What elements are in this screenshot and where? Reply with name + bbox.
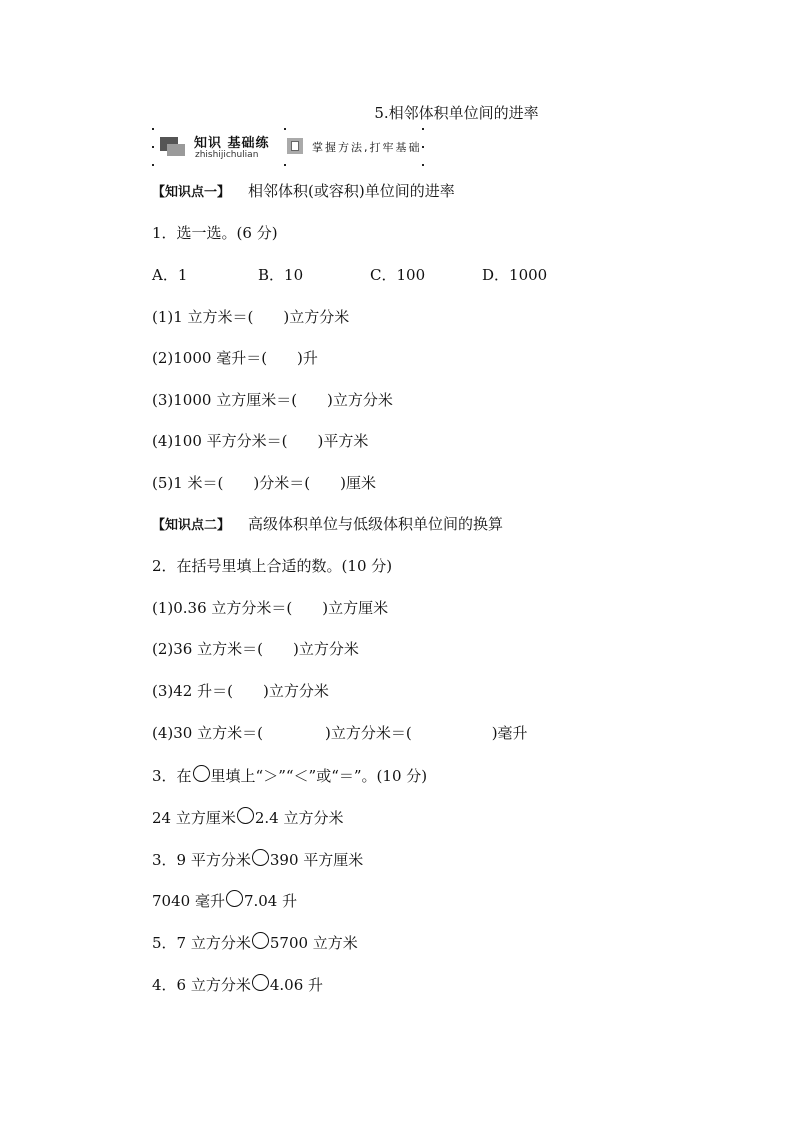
q2-item: (2)36 立方米＝()立方分米 xyxy=(152,638,359,659)
compare-item: 4．6 立方分米4.06 升 xyxy=(152,974,323,995)
section-banner: 知识 基础练 zhishijichulian 掌握方法,打牢基础 xyxy=(152,128,424,166)
compare-circle[interactable] xyxy=(252,932,269,949)
q2-item: (4)30 立方米＝()立方分米＝()毫升 xyxy=(152,722,528,743)
knowledge-heading: 相邻体积(或容积)单位间的进率 xyxy=(248,182,455,200)
knowledge-tag: 【知识点二】 xyxy=(152,518,230,533)
compare-item: 24 立方厘米2.4 立方分米 xyxy=(152,807,343,828)
q1-item: (5)1 米＝()分米＝()厘米 xyxy=(152,472,376,493)
question-2: 2．在括号里填上合适的数。(10 分) xyxy=(152,555,392,576)
options-row: A．1B．10C．100D．1000 xyxy=(152,264,588,285)
knowledge-point-1: 【知识点一】相邻体积(或容积)单位间的进率 xyxy=(152,180,455,201)
compare-circle[interactable] xyxy=(252,849,269,866)
question-1: 1．选一选。(6 分) xyxy=(152,222,278,243)
page-title: 5.相邻体积单位间的进率 xyxy=(0,102,793,123)
knowledge-heading: 高级体积单位与低级体积单位间的换算 xyxy=(248,515,503,533)
q1-item: (1)1 立方米＝()立方分米 xyxy=(152,306,349,327)
option-c: C．100 xyxy=(370,264,482,285)
compare-circle[interactable] xyxy=(237,807,254,824)
compare-circle[interactable] xyxy=(252,974,269,991)
q1-item: (2)1000 毫升＝()升 xyxy=(152,347,318,368)
q1-item: (4)100 平方分米＝()平方米 xyxy=(152,430,368,451)
option-d: D．1000 xyxy=(482,264,588,285)
compare-item: 5．7 立方分米5700 立方米 xyxy=(152,932,358,953)
banner-logo-shadow-icon xyxy=(167,144,185,156)
compare-item: 7040 毫升7.04 升 xyxy=(152,890,297,911)
q1-item: (3)1000 立方厘米＝()立方分米 xyxy=(152,389,393,410)
q2-item: (1)0.36 立方分米＝()立方厘米 xyxy=(152,597,388,618)
banner-pinyin: zhishijichulian xyxy=(195,150,258,160)
circle-icon xyxy=(193,765,210,782)
option-a: A．1 xyxy=(152,264,258,285)
knowledge-tag: 【知识点一】 xyxy=(152,185,230,200)
option-b: B．10 xyxy=(258,264,370,285)
compare-circle[interactable] xyxy=(226,890,243,907)
q2-item: (3)42 升＝()立方分米 xyxy=(152,680,329,701)
banner-square-icon xyxy=(287,138,303,154)
knowledge-point-2: 【知识点二】高级体积单位与低级体积单位间的换算 xyxy=(152,513,503,534)
banner-subtitle: 掌握方法,打牢基础 xyxy=(312,139,422,155)
question-3: 3．在里填上“＞”“＜”或“＝”。(10 分) xyxy=(152,765,427,786)
compare-item: 3．9 平方分米390 平方厘米 xyxy=(152,849,363,870)
banner-main-text: 知识 基础练 xyxy=(194,132,270,151)
